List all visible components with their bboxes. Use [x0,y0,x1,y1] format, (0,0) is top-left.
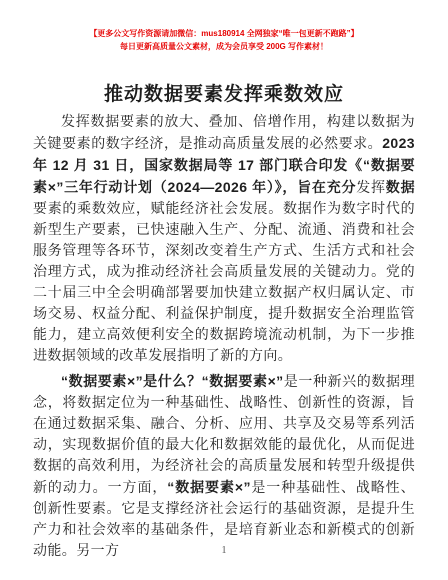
paragraph: 发挥数据要素的放大、叠加、倍增作用，构建以数据为关键要素的数字经济，是推动高质量… [33,112,415,367]
page-number: 1 [0,545,448,556]
text-run: 发挥 [356,181,386,196]
text-run: 是一种新兴的数据理念，将数据定位为一种基础性、战略性、创新性的资源，旨在通过数据… [33,375,415,496]
promo-note-line1: 【更多公文写作资源请加微信：mus180914 全网独家“唯一包更新不跑路”】 [0,27,448,40]
text-run: 要素的乘数效应，赋能经济社会发展。数据作为数字时代的新型生产要素，已快速融入生产… [33,202,415,364]
text-run: 发挥数据要素的放大、叠加、倍增作用，构建以数据为关键要素的数字经济，是推动高质量… [33,115,415,152]
text-run-bold: “数据要素×”是什么？“数据要素×” [61,373,284,389]
document-page: 【更多公文写作资源请加微信：mus180914 全网独家“唯一包更新不跑路”】 … [0,0,448,580]
promo-note-line2: 每日更新高质量公文素材，成为会员享受 200G 写作素材！ [0,40,448,53]
text-run-bold: 数据 [386,179,415,195]
paragraph: “数据要素×”是什么？“数据要素×”是一种新兴的数据理念，将数据定位为一种基础性… [33,371,415,562]
document-title: 推动数据要素发挥乘数效应 [0,79,448,106]
promo-note: 【更多公文写作资源请加微信：mus180914 全网独家“唯一包更新不跑路”】 … [0,27,448,53]
text-run-bold: “数据要素×” [167,479,251,495]
document-body: 发挥数据要素的放大、叠加、倍增作用，构建以数据为关键要素的数字经济，是推动高质量… [33,112,415,562]
